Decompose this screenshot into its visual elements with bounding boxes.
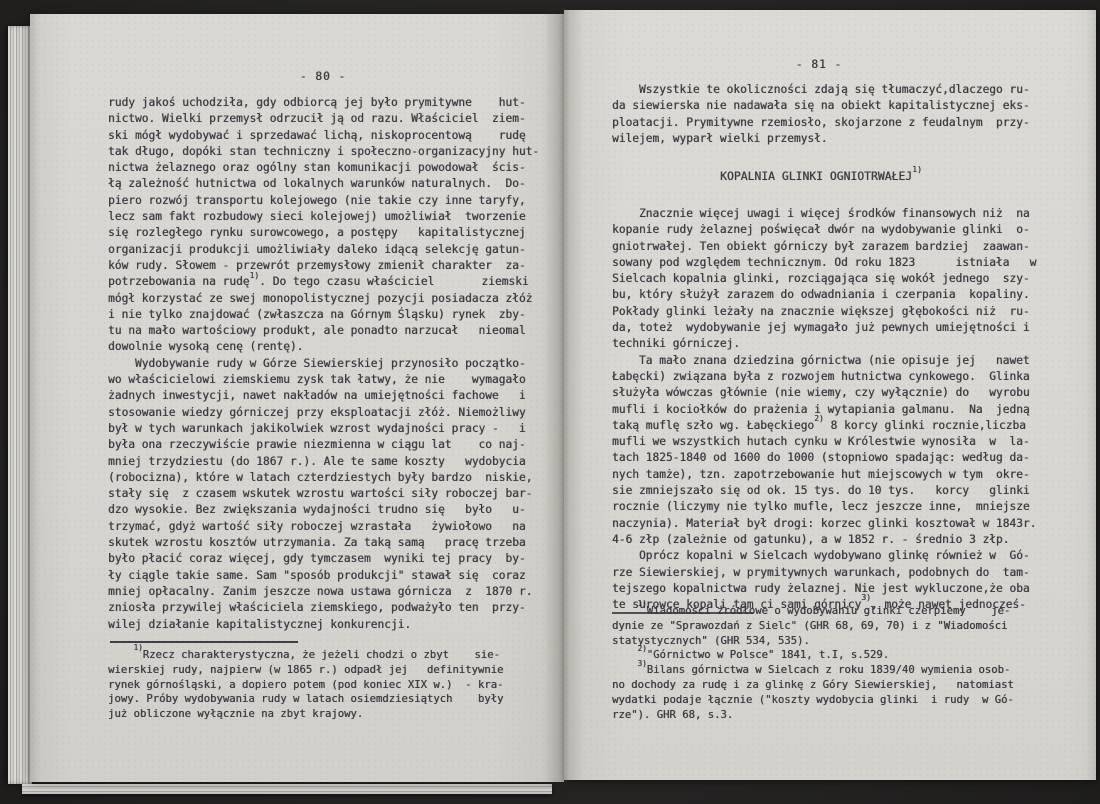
text-line: da siewierska nie nadawała się na obiekt… bbox=[612, 98, 1030, 114]
text-line: dowolnie wysoką cenę (rentę). bbox=[108, 339, 548, 355]
text-line: mniej trzydziestu (do 1867 r.). Ale te s… bbox=[108, 454, 548, 470]
text-line: wilej działanie kapitalistycznej konkure… bbox=[108, 617, 548, 633]
book-spread: - 80 - rudy jakoś uchodziła, gdy odbiorc… bbox=[8, 8, 1090, 796]
page-number-left: - 80 - bbox=[108, 70, 538, 83]
text-line: 4-6 złp (zależnie od gatunku), a w 1852 … bbox=[612, 532, 1030, 548]
text-line: tu na mało wartościowy produkt, ale pona… bbox=[108, 323, 548, 339]
text-line: mniej opłacalny. Zanim jeszcze nowa usta… bbox=[108, 584, 548, 600]
text-line: już obliczone wyłącznie na zbyt krajowy. bbox=[108, 707, 548, 722]
text-line: tejszego kopalnictwa rudy żelaznej. Nie … bbox=[612, 581, 1030, 597]
text-line: ków rudy. Słowem - przewrót przemysłowy … bbox=[108, 258, 548, 274]
text-line: rze"). GHR 68, s.3. bbox=[612, 708, 1036, 723]
text-line: Znacznie więcej uwagi i więcej środków f… bbox=[612, 206, 1030, 222]
text-line: Oprócz kopalni w Sielcach wydobywano gli… bbox=[612, 548, 1030, 564]
text-line: Sielcach kopalnia glinki, rozciągająca s… bbox=[612, 271, 1030, 287]
text-line: piero rozwój transportu kolejowego (nie … bbox=[108, 193, 548, 209]
text-line: Ta mało znana dziedzina górnictwa (nie o… bbox=[612, 353, 1030, 369]
text-line: rocznie (liczymy nie tylko mufle, lecz j… bbox=[612, 499, 1030, 515]
text-line: 1)Rzecz charakterystyczna, że jeżeli cho… bbox=[108, 648, 548, 663]
text-line: KOPALNIA GLINKI OGNIOTRWAŁEJ1) bbox=[612, 168, 1030, 184]
text-line: mufli we wszystkich hutach cynku w Króle… bbox=[612, 434, 1030, 450]
text-line: i nie tylko znajdować (zwłaszcza na Górn… bbox=[108, 307, 548, 323]
text-line: rynek górnośląski, a dopiero potem (pod … bbox=[108, 678, 548, 693]
text-line: tak długo, dopóki stan techniczny i społ… bbox=[108, 144, 548, 160]
text-line: statystycznych" (GHR 534, 535). bbox=[612, 634, 1036, 649]
text-line: kopanie rudy żelaznej poświęcał dwór na … bbox=[612, 222, 1030, 238]
text-line: wierskiej rudy, najpierw (w 1865 r.) odp… bbox=[108, 663, 548, 678]
text-line: był w tych warunkach jakikolwiek wzrost … bbox=[108, 421, 548, 437]
text-line: Wydobywanie rudy w Górze Siewierskiej pr… bbox=[108, 356, 548, 372]
text-line: 2)"Górnictwo w Polsce" 1841, t.I, s.529. bbox=[612, 648, 1036, 663]
text-line: ły ciągle takie same. Sam "sposób produk… bbox=[108, 568, 548, 584]
text-line: rze Siewierskiej, w prymitywnych warunka… bbox=[612, 565, 1030, 581]
page-81-footnotes: 1)Wiadomości źródłowe o wydobywaniu glin… bbox=[612, 604, 1036, 722]
text-line: łą zależność hutnictwa od lokalnych waru… bbox=[108, 176, 548, 192]
page-80-body-text: rudy jakoś uchodziła, gdy odbiorcą jej b… bbox=[108, 95, 548, 633]
text-line: nictwa żelaznego oraz ogólny stan komuni… bbox=[108, 160, 548, 176]
text-line: jowy. Próby wydobywania rudy w latach os… bbox=[108, 692, 548, 707]
text-line: nictwo. Wielki przemysł odrzucił ją od r… bbox=[108, 111, 548, 127]
text-line: wydatki podaje łącznie ("koszty wydobyci… bbox=[612, 693, 1036, 708]
text-line: potrzebowania na rudę1). Do tego czasu w… bbox=[108, 274, 548, 290]
text-line: lecz sam fakt rozbudowy sieci kolejowej)… bbox=[108, 209, 548, 225]
text-line: gniotrwałej. Ten obiekt górniczy był zar… bbox=[612, 239, 1030, 255]
text-line: techniki górniczej. bbox=[612, 336, 1030, 352]
text-line: stały się z czasem wskutek wzrostu warto… bbox=[108, 486, 548, 502]
text-line: nych tamże), tzn. zapotrzebowanie hut mi… bbox=[612, 467, 1030, 483]
page-stack-edges-icon bbox=[8, 26, 32, 784]
page-number-right: - 81 - bbox=[612, 58, 1026, 71]
text-line: sie zmniejszało się od ok. 15 tys. do 10… bbox=[612, 483, 1030, 499]
text-line: skutek wzrostu kosztów utrzymania. Za ta… bbox=[108, 535, 548, 551]
text-line: Łabęcki) związana była z rozwojem hutnic… bbox=[612, 369, 1030, 385]
page-81-body-text: Znacznie więcej uwagi i więcej środków f… bbox=[612, 206, 1030, 613]
text-line: stosowanie wiedzy górniczej przy eksploa… bbox=[108, 405, 548, 421]
text-line: rudy jakoś uchodziła, gdy odbiorcą jej b… bbox=[108, 95, 548, 111]
text-line: dzo wysokie. Bez zwiększania wydajności … bbox=[108, 502, 548, 518]
text-line: Pokłady glinki leżały na znacznie większ… bbox=[612, 304, 1030, 320]
text-line: zniosła przywilej właściciela ziemskiego… bbox=[108, 600, 548, 616]
text-line: wilejem, wyparł wielki przemysł. bbox=[612, 131, 1030, 147]
text-line: taką muflę szło wg. Łabęckiego2) 8 korcy… bbox=[612, 418, 1030, 434]
text-line: służyła wówczas głównie (nie wiemy, czy … bbox=[612, 385, 1030, 401]
text-line: (robocizna), które w latach czterdziesty… bbox=[108, 470, 548, 486]
page-80-footnotes: 1)Rzecz charakterystyczna, że jeżeli cho… bbox=[108, 648, 548, 722]
text-line: tach 1825-1840 od 1600 do 1000 (stopniow… bbox=[612, 450, 1030, 466]
text-line: da, toteż wydobywanie jej wymagało już p… bbox=[612, 320, 1030, 336]
text-line: 3)Bilans górnictwa w Sielcach z roku 183… bbox=[612, 663, 1036, 678]
text-line: naczynia). Materiał był drogi: korzec gl… bbox=[612, 516, 1030, 532]
page-stack-bottom-edges-icon bbox=[22, 784, 552, 794]
text-line: mógł korzystać ze swej monopolistycznej … bbox=[108, 291, 548, 307]
text-line: było płacić coraz więcej, gdy tymczasem … bbox=[108, 551, 548, 567]
text-line: bu, który służył zarazem do odwadniania … bbox=[612, 287, 1030, 303]
text-line: organizacji produkcji umożliwiały daleko… bbox=[108, 242, 548, 258]
text-line: się rozległego rynku surowcowego, a post… bbox=[108, 225, 548, 241]
text-line: dynie ze "Sprawozdań z Sielc" (GHR 68, 6… bbox=[612, 619, 1036, 634]
page-81: - 81 - Wszystkie te okoliczności zdają s… bbox=[564, 10, 1096, 780]
text-line: żadnych inwestycji, nawet nakładów na um… bbox=[108, 388, 548, 404]
text-line: 1)Wiadomości źródłowe o wydobywaniu glin… bbox=[612, 604, 1036, 619]
photo-background: - 80 - rudy jakoś uchodziła, gdy odbiorc… bbox=[0, 0, 1100, 804]
text-line: sowany pod względem technicznym. Od roku… bbox=[612, 255, 1030, 271]
text-line: ski mógł wydobywać i sprzedawać lichą, n… bbox=[108, 128, 548, 144]
section-heading: KOPALNIA GLINKI OGNIOTRWAŁEJ1) bbox=[612, 168, 1030, 184]
text-line: ploatacji. Prymitywne rzemiosło, skojarz… bbox=[612, 115, 1030, 131]
text-line: Wszystkie te okoliczności zdają się tłum… bbox=[612, 82, 1030, 98]
page-81-intro-text: Wszystkie te okoliczności zdają się tłum… bbox=[612, 82, 1030, 147]
text-line: wo właścicielowi ziemskiemu zysk tak łat… bbox=[108, 372, 548, 388]
text-line: no dochody za rudę i za glinkę z Góry Si… bbox=[612, 678, 1036, 693]
page-80: - 80 - rudy jakoś uchodziła, gdy odbiorc… bbox=[30, 14, 564, 782]
text-line: była ona rzeczywiście prawie niezmienna … bbox=[108, 437, 548, 453]
text-line: trzymać, gdyż wartość siły roboczej wzra… bbox=[108, 519, 548, 535]
